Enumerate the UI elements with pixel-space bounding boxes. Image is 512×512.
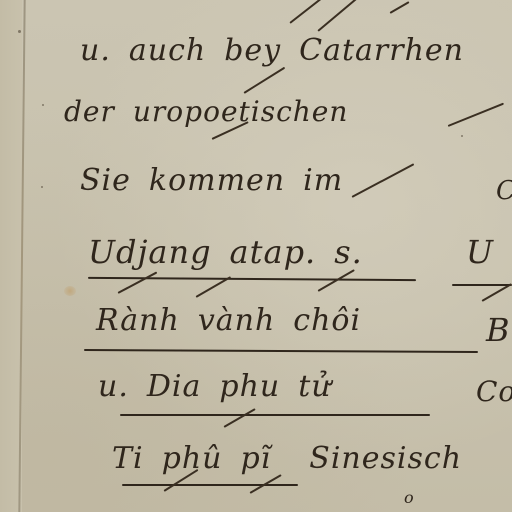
underline (122, 484, 298, 486)
word: phu (219, 372, 280, 402)
word: bey (224, 36, 281, 66)
edge-fragment: B (486, 314, 511, 346)
word: u. (98, 372, 129, 402)
flourish-stroke (448, 103, 504, 127)
ink-speck (42, 104, 44, 106)
manuscript-line-5: Rànhvànhchôi (96, 306, 379, 336)
manuscript-line-6: u.Diaphutử (98, 372, 350, 402)
word: im (303, 166, 343, 196)
word: atap. (230, 236, 317, 268)
descender-stroke (243, 67, 285, 94)
manuscript-line-3: Siekommenim (80, 166, 361, 196)
descender-stroke (224, 408, 256, 428)
manuscript-line-7: TiphûpĩSinesisch (112, 444, 480, 474)
word: Sie (80, 166, 131, 196)
descender-stroke (390, 1, 410, 14)
ink-speck (41, 186, 43, 188)
manuscript-line-2: deruropoetischen (64, 98, 366, 126)
underline (452, 284, 512, 286)
word: Udjang (88, 236, 212, 268)
manuscript-line-1: u.auchbeyCatarrhen (80, 36, 482, 66)
manuscript-page: u.auchbeyCatarrhen deruropoetischen Siek… (0, 0, 512, 512)
ink-speck (461, 135, 463, 137)
edge-fragment: U (466, 236, 494, 268)
word: u. (80, 36, 111, 66)
word: vành (198, 306, 275, 336)
edge-fragment: Co. (476, 378, 512, 406)
edge-fragment: C (496, 178, 512, 204)
word: phû (162, 444, 223, 474)
word: tử (298, 372, 331, 402)
word: Sinesisch (309, 444, 462, 474)
edge-fragment: o (404, 490, 415, 506)
descender-stroke (118, 271, 158, 293)
paper-stain (64, 286, 76, 296)
word: chôi (293, 306, 361, 336)
word: auch (129, 36, 206, 66)
word: der (64, 98, 115, 126)
ink-speck (18, 30, 21, 33)
word: kommen (149, 166, 285, 196)
word: Dia (147, 372, 202, 402)
word: Ti (112, 444, 144, 474)
word: Catarrhen (299, 36, 464, 66)
underline (84, 349, 478, 353)
word: Rành (96, 306, 180, 336)
word: s. (334, 236, 363, 268)
descender-stroke (289, 0, 328, 24)
word: pĩ (240, 444, 271, 474)
descender-stroke (317, 0, 358, 32)
underline (120, 414, 430, 416)
manuscript-line-4: Udjangatap.s. (88, 236, 381, 268)
word: uropoetischen (133, 98, 349, 126)
